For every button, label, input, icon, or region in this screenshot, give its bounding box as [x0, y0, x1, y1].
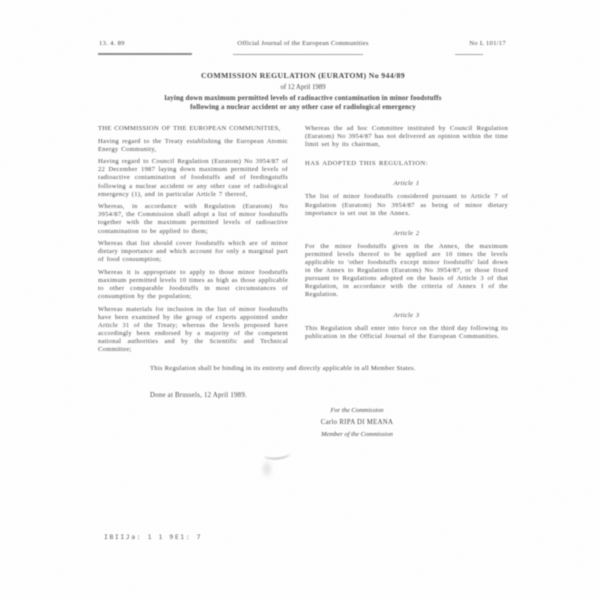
done-at-line: Done at Brussels, 12 April 1989. — [150, 392, 247, 399]
issue-number: No L 101/17 — [469, 40, 506, 47]
enacting-formula: HAS ADOPTED THIS REGULATION: — [305, 160, 508, 168]
signatory-title: Member of the Commission — [297, 429, 417, 441]
signature-for-line: For the Commission — [297, 405, 417, 417]
recital-2: Whereas that list should cover foodstuff… — [98, 240, 288, 264]
article-1-heading: Article 1 — [305, 180, 508, 188]
preamble-intro: THE COMMISSION OF THE EUROPEAN COMMUNITI… — [98, 125, 288, 133]
regulation-title: COMMISSION REGULATION (EURATOM) No 944/8… — [98, 71, 508, 80]
recital-1: Whereas, in accordance with Regulation (… — [98, 203, 288, 235]
article-2-heading: Article 2 — [305, 230, 508, 238]
journal-title: Official Journal of the European Communi… — [150, 40, 456, 47]
right-column: Whereas the ad hoc Committee instituted … — [305, 125, 508, 345]
header-date: 13. 4. 89 — [99, 40, 125, 47]
ink-smudge — [261, 459, 273, 479]
recital-3: Whereas it is appropriate to apply to th… — [98, 269, 288, 301]
recital-5: Whereas the ad hoc Committee instituted … — [305, 125, 508, 149]
recital-4: Whereas materials for inclusion in the l… — [98, 306, 288, 355]
binding-clause: This Regulation shall be binding in its … — [150, 365, 424, 373]
scanned-page: 13. 4. 89 Official Journal of the Europe… — [0, 0, 600, 600]
regulation-date-line: of 12 April 1989 — [98, 84, 508, 91]
header-rule-center — [233, 54, 363, 55]
signature-block: For the Commission Carlo RIPA DI MEANA M… — [297, 405, 417, 441]
citation-treaty: Having regard to the Treaty establishing… — [98, 138, 288, 154]
article-1-text: The list of minor foodstuffs considered … — [305, 193, 508, 217]
print-code: IBIIJa: 1 1 9E1: 7 — [104, 533, 202, 541]
article-3-heading: Article 3 — [305, 312, 508, 320]
article-3-text: This Regulation shall enter into force o… — [305, 325, 508, 341]
article-2-text: For the minor foodstuffs given in the An… — [305, 243, 508, 300]
header-rule-right — [455, 54, 483, 55]
header-rule-left — [98, 53, 192, 55]
regulation-subject: laying down maximum permitted levels of … — [153, 94, 453, 111]
left-column: THE COMMISSION OF THE EUROPEAN COMMUNITI… — [98, 125, 288, 359]
signatory-name: Carlo RIPA DI MEANA — [297, 417, 417, 429]
citation-regulation: Having regard to Council Regulation (Eur… — [98, 158, 288, 198]
